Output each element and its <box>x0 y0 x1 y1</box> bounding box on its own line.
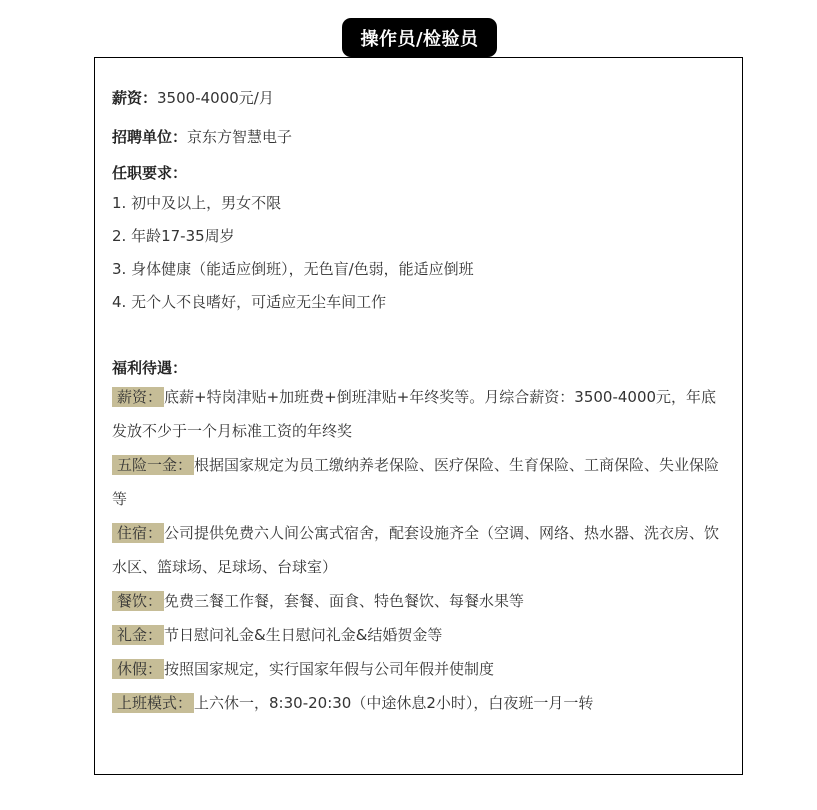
benefit-item-salary: 薪资：底薪+特岗津贴+加班费+倒班津贴+年终奖等。月综合薪资：3500-4000… <box>112 380 728 448</box>
benefit-item-meals: 餐饮：免费三餐工作餐，套餐、面食、特色餐饮、每餐水果等 <box>112 584 728 618</box>
requirement-item: 2. 年龄17-35周岁 <box>112 225 728 247</box>
benefit-item-gifts: 礼金：节日慰问礼金&生日慰问礼金&结婚贺金等 <box>112 618 728 652</box>
benefits-heading: 福利待遇： <box>112 357 728 379</box>
benefit-item-insurance: 五险一金：根据国家规定为员工缴纳养老保险、医疗保险、生育保险、工商保险、失业保险… <box>112 448 728 516</box>
requirement-item: 3. 身体健康（能适应倒班），无色盲/色弱，能适应倒班 <box>112 258 728 280</box>
job-details-card: 薪资：3500-4000元/月 招聘单位：京东方智慧电子 任职要求： 1. 初中… <box>94 57 743 775</box>
benefit-text: 底薪+特岗津贴+加班费+倒班津贴+年终奖等。月综合薪资：3500-4000元，年… <box>112 388 716 440</box>
requirements-list: 1. 初中及以上，男女不限 2. 年龄17-35周岁 3. 身体健康（能适应倒班… <box>112 192 728 313</box>
benefit-tag: 住宿： <box>112 523 164 543</box>
benefit-item-housing: 住宿：公司提供免费六人间公寓式宿舍，配套设施齐全（空调、网络、热水器、洗衣房、饮… <box>112 516 728 584</box>
requirements-heading: 任职要求： <box>112 162 728 184</box>
job-title-badge: 操作员/检验员 <box>342 18 497 57</box>
benefit-tag: 休假： <box>112 659 164 679</box>
benefit-text: 根据国家规定为员工缴纳养老保险、医疗保险、生育保险、工商保险、失业保险等 <box>112 456 719 508</box>
benefits-list: 薪资：底薪+特岗津贴+加班费+倒班津贴+年终奖等。月综合薪资：3500-4000… <box>112 380 728 720</box>
benefit-item-vacation: 休假：按照国家规定，实行国家年假与公司年假并使制度 <box>112 652 728 686</box>
benefit-item-schedule: 上班模式：上六休一，8:30-20:30（中途休息2小时），白夜班一月一转 <box>112 686 728 720</box>
benefit-tag: 礼金： <box>112 625 164 645</box>
benefit-tag: 餐饮： <box>112 591 164 611</box>
benefit-text: 按照国家规定，实行国家年假与公司年假并使制度 <box>164 660 494 678</box>
benefit-text: 免费三餐工作餐，套餐、面食、特色餐饮、每餐水果等 <box>164 592 524 610</box>
benefit-tag: 上班模式： <box>112 693 194 713</box>
job-details-content: 薪资：3500-4000元/月 招聘单位：京东方智慧电子 任职要求： 1. 初中… <box>112 85 728 720</box>
benefit-tag: 薪资： <box>112 387 164 407</box>
salary-label: 薪资： <box>112 89 157 107</box>
benefit-tag: 五险一金： <box>112 455 194 475</box>
salary-row: 薪资：3500-4000元/月 <box>112 87 728 109</box>
requirement-item: 1. 初中及以上，男女不限 <box>112 192 728 214</box>
employer-label: 招聘单位： <box>112 128 187 146</box>
employer-value: 京东方智慧电子 <box>187 128 292 146</box>
job-title: 操作员/检验员 <box>360 25 478 51</box>
employer-row: 招聘单位：京东方智慧电子 <box>112 126 728 148</box>
salary-value: 3500-4000元/月 <box>157 89 274 107</box>
requirement-item: 4. 无个人不良嗜好，可适应无尘车间工作 <box>112 291 728 313</box>
benefit-text: 上六休一，8:30-20:30（中途休息2小时），白夜班一月一转 <box>194 694 593 712</box>
benefit-text: 节日慰问礼金&生日慰问礼金&结婚贺金等 <box>164 626 442 644</box>
benefit-text: 公司提供免费六人间公寓式宿舍，配套设施齐全（空调、网络、热水器、洗衣房、饮水区、… <box>112 524 719 576</box>
